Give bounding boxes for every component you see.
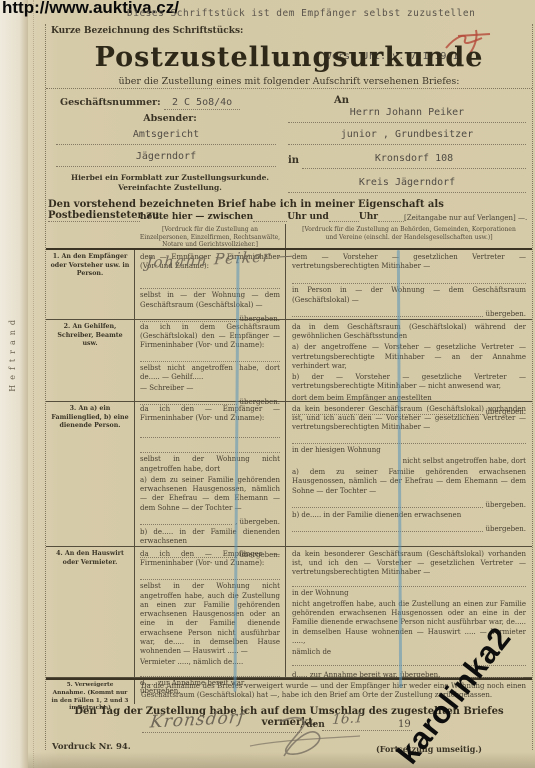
address-box: Geschäftsnummer: 2 C 5o8/4o Absender: Am… — [46, 88, 532, 197]
table-row-2: 2. An Gehilfen, Schreiber, Beamte usw. d… — [46, 320, 532, 402]
recipient-line-4: Kreis Jägerndorf — [288, 177, 526, 193]
document-subtitle: über die Zustellung eines mit folgender … — [46, 76, 532, 87]
geschaeftsnummer-value: 2 C 5o8/4o — [164, 97, 240, 110]
recipient-column: An Herrn Johann Peiker junior , Grundbes… — [288, 89, 526, 197]
vordruck-number: Vordruck Nr. 94. — [52, 742, 131, 752]
delivery-table: [Vordruck für die Zustellung an Einzelpe… — [46, 224, 532, 702]
an-label: An — [334, 95, 349, 106]
recipient-line-1: Herrn Johann Peiker — [288, 107, 526, 123]
table-column-headers: [Vordruck für die Zustellung an Einzelpe… — [46, 224, 532, 248]
recipient-line-3: Kronsdorf 108 — [302, 153, 526, 169]
kurze-bezeichnung-label: Kurze Bezeichnung des Schriftstücks: — [51, 26, 243, 36]
right-column-header: [Vordruck für die Zustellung an Behörden… — [286, 224, 532, 248]
heftrand-margin-label: Heftrand — [8, 315, 17, 392]
sender-line-2: Jägerndorf — [56, 151, 276, 167]
in-label: in — [288, 155, 299, 166]
recipient-line-2: junior , Grundbesitzer — [288, 129, 526, 145]
formblatt-note: Hierbei ein Formblatt zur Zustellungsurk… — [56, 173, 284, 193]
sender-column: Geschäftsnummer: 2 C 5o8/4o Absender: Am… — [56, 89, 284, 197]
geschaeftsnummer-label: Geschäftsnummer: 2 C 5o8/4o — [60, 97, 240, 108]
signature-flourish — [240, 712, 390, 764]
absender-label: Absender: — [56, 113, 284, 124]
document-title: Postzustellungsurkunde — [46, 42, 532, 73]
table-row-3: 3. An a) ein Familienglied, b) eine dien… — [46, 402, 532, 547]
typed-delivery-note: Dieses Schriftstück ist dem Empfänger se… — [127, 8, 475, 19]
left-column-header: [Vordruck für die Zustellung an Einzelpe… — [135, 224, 286, 248]
scanned-document: http://www.auktiva.cz/ Dieses Schriftstü… — [0, 0, 535, 768]
sender-line-1: Amtsgericht — [56, 129, 276, 145]
form-body: Kurze Bezeichnung des Schriftstücks: Ver… — [45, 24, 533, 750]
perforation-line — [33, 0, 34, 768]
declaration-line-2: heute hier — zwischen Uhr und Uhr [Zeita… — [48, 212, 530, 222]
